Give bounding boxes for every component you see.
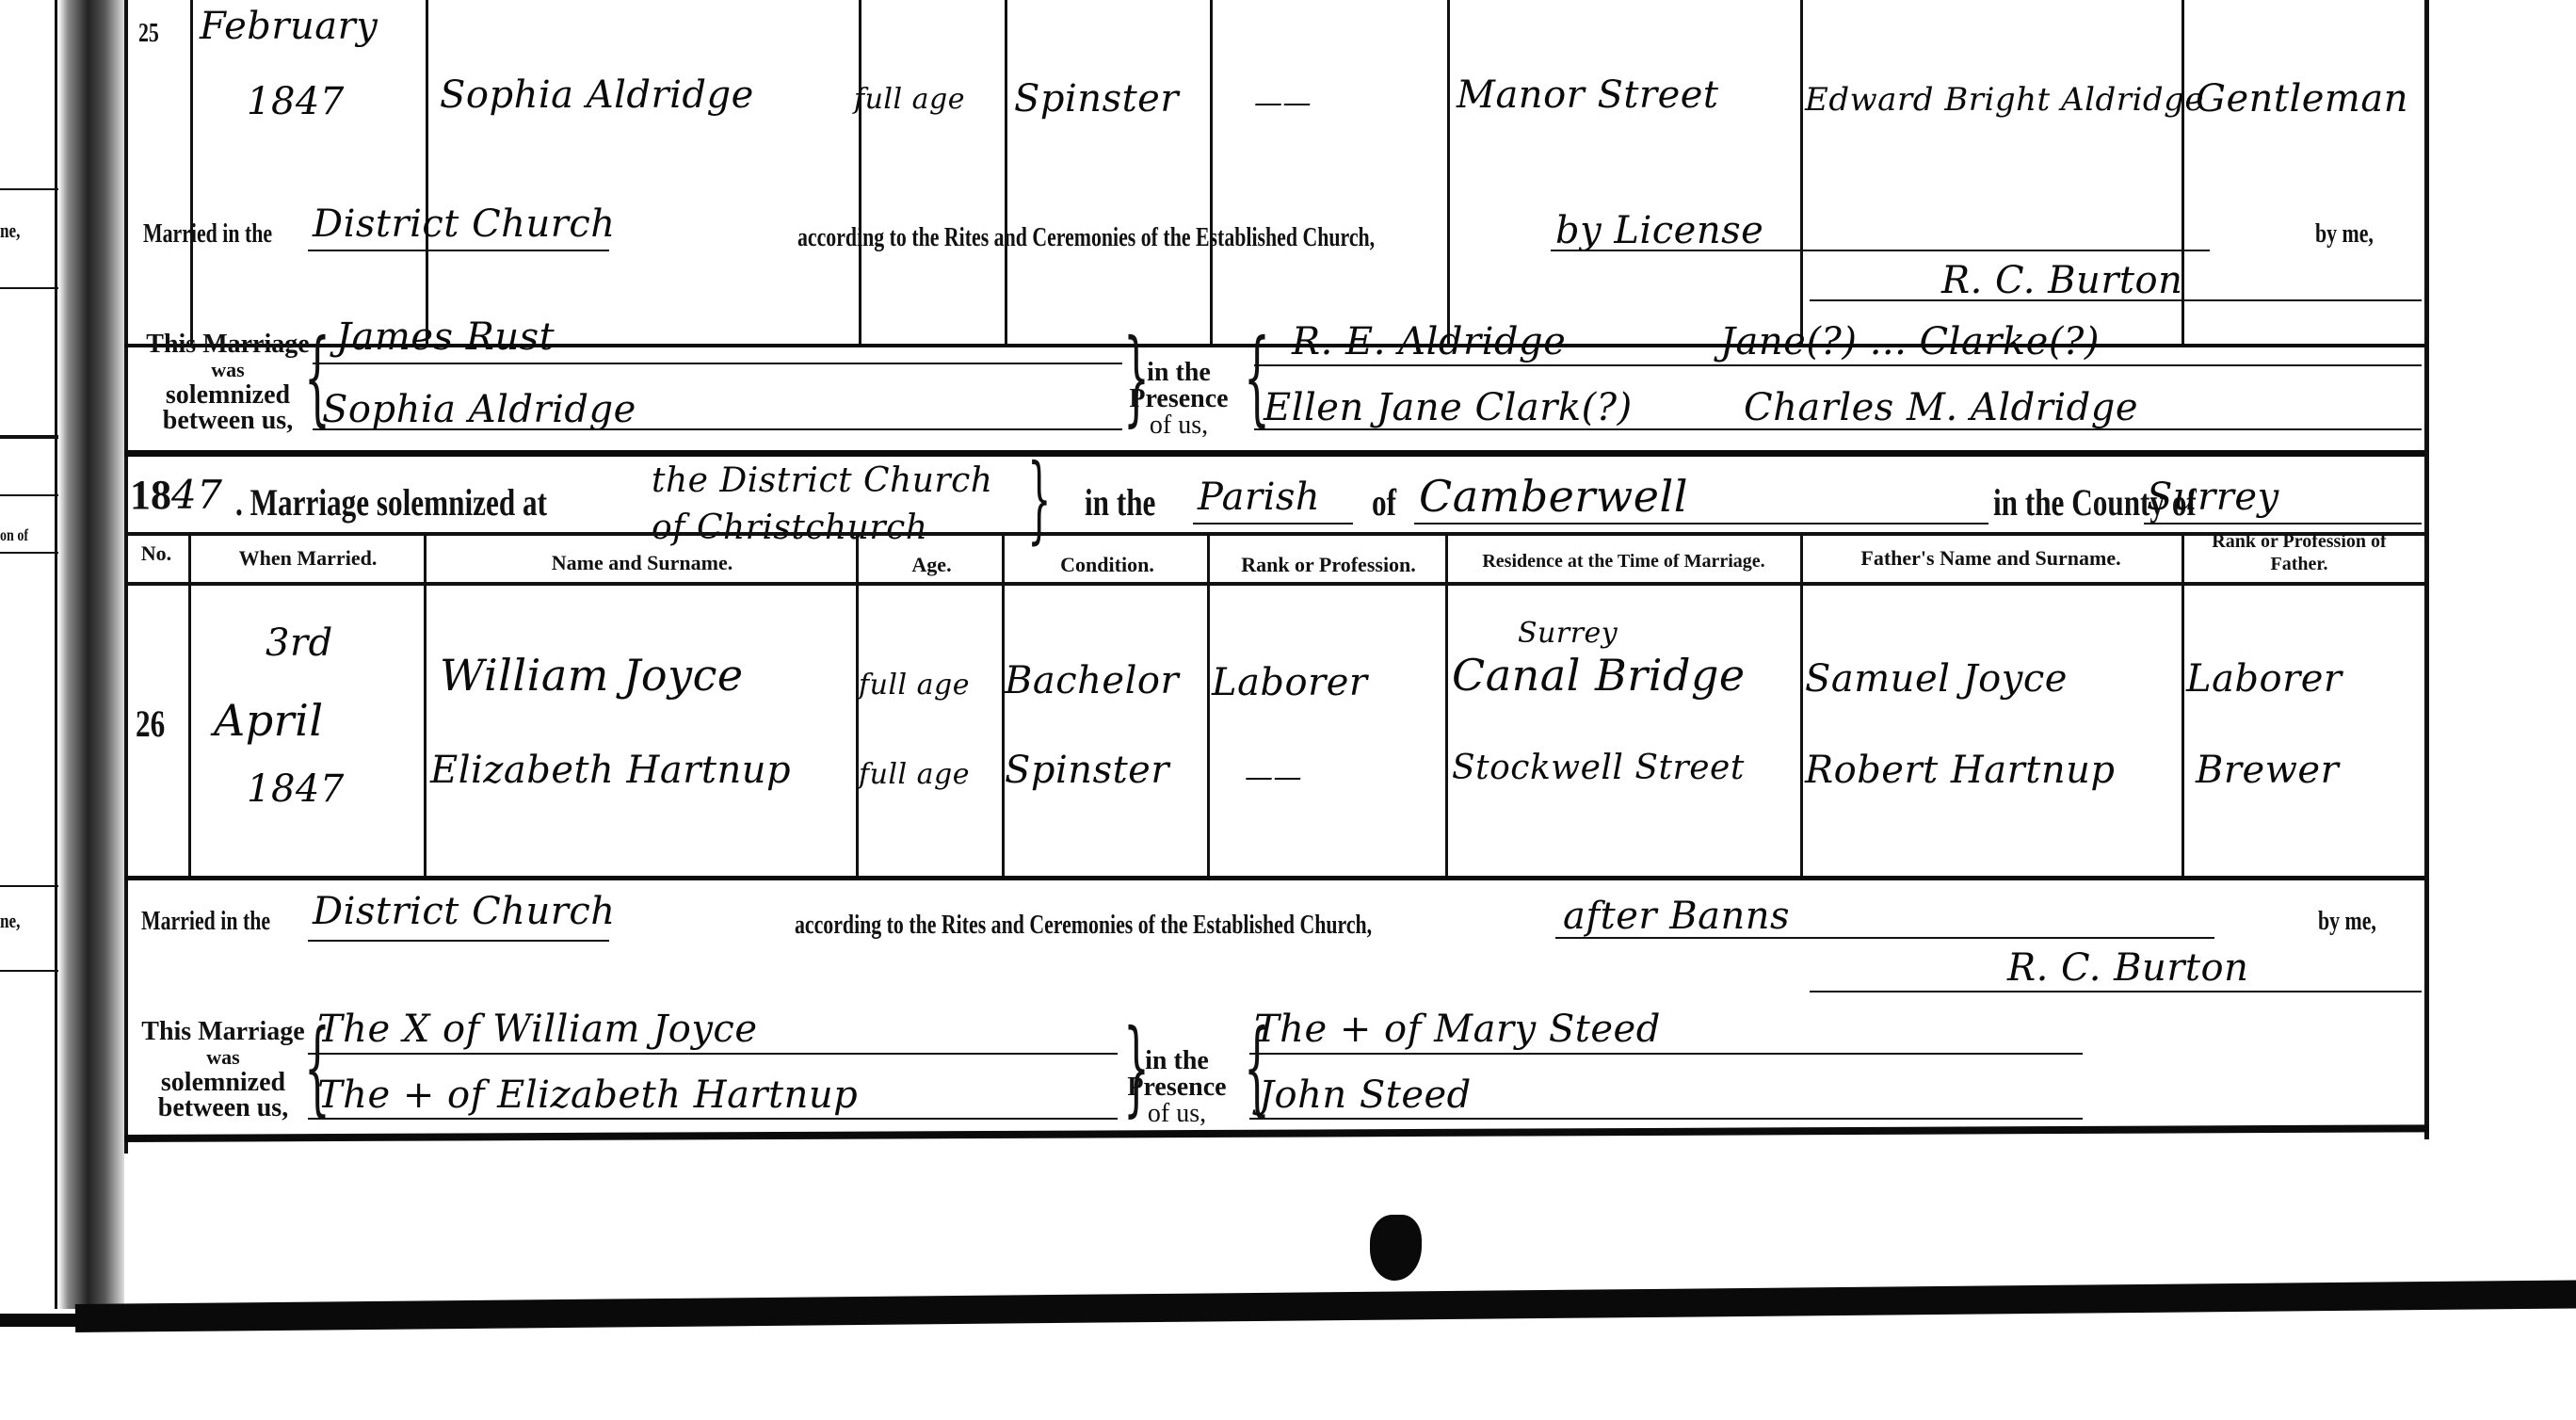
entry-number: 25 [138, 19, 159, 49]
marriage-manner: by License [1555, 209, 1763, 252]
page-bottom-border [124, 1124, 2429, 1142]
church-name-line2: of Christchurch [652, 508, 927, 547]
bride-name: Elizabeth Hartnup [430, 749, 791, 792]
bride-age: full age [859, 758, 970, 791]
according-to-label: according to the Rites and Ceremonies of… [797, 223, 1375, 253]
witness-signature: The + of Mary Steed [1254, 1008, 1661, 1051]
date-month: February [200, 5, 378, 48]
bride-father-rank: Gentleman [2196, 77, 2408, 121]
bride-name: Sophia Aldridge [440, 73, 754, 117]
bride-condition: Spinster [1005, 749, 1169, 792]
column-header-age: Age. [859, 553, 1005, 577]
married-in-place: District Church [313, 890, 615, 933]
bride-rank: —— [1245, 761, 1302, 794]
this-marriage-label: This Marriage was solemnized between us, [129, 1019, 317, 1121]
bride-residence: Stockwell Street [1452, 749, 1745, 787]
presence-label: in the Presence of us, [1122, 360, 1235, 439]
according-to-label: according to the Rites and Ceremonies of… [795, 911, 1372, 941]
groom-father: Samuel Joyce [1805, 657, 2068, 701]
married-in-label: Married in the [143, 219, 272, 250]
page-edge-shadow [0, 1314, 122, 1327]
district-type: Parish [1198, 476, 1320, 519]
groom-father-rank: Laborer [2186, 657, 2343, 701]
column-header-condition: Condition. [1005, 553, 1210, 577]
year-written: 47 [171, 472, 222, 518]
ink-blot [1370, 1215, 1422, 1281]
bride-age: full age [854, 83, 965, 116]
church-name-line1: the District Church [652, 461, 993, 500]
groom-residence: Canal Bridge [1452, 650, 1746, 701]
column-header-father-name: Father's Name and Surname. [1800, 546, 2182, 571]
witness-signature: John Steed [1259, 1073, 1472, 1117]
officiant-signature: R. C. Burton [1941, 259, 2182, 302]
left-margin-fragment: ne, [0, 218, 20, 243]
column-header-no: No. [124, 541, 188, 566]
of-label: of [1372, 480, 1396, 524]
groom-condition: Bachelor [1005, 659, 1179, 702]
date-year: 1847 [247, 767, 345, 811]
this-marriage-label: This Marriage was solemnized between us, [134, 331, 322, 433]
groom-residence-note: Surrey [1518, 617, 1618, 650]
party-signature: James Rust [336, 315, 555, 359]
left-margin-fragment: on of [0, 525, 28, 545]
column-header-father-rank: Rank or Profession of Father. [2186, 530, 2412, 575]
date-month: April [214, 695, 324, 746]
column-header-residence: Residence at the Time of Marriage. [1447, 551, 1800, 573]
marriage-manner: after Banns [1563, 895, 1790, 938]
county-name: Surrey [2147, 476, 2279, 519]
married-in-place: District Church [313, 202, 615, 246]
bride-residence: Manor Street [1457, 73, 1719, 117]
bride-father-rank: Brewer [2196, 749, 2339, 792]
marriage-solemnized-at-label: . Marriage solemnized at [235, 480, 547, 524]
date-year: 1847 [247, 80, 345, 123]
presence-label: in the Presence of us, [1120, 1048, 1233, 1127]
by-me-label: by me, [2315, 219, 2374, 250]
party-signature: The + of Elizabeth Hartnup [317, 1073, 858, 1117]
parish-name: Camberwell [1419, 471, 1688, 522]
column-header-when-married: When Married. [190, 546, 426, 571]
register-page: 25 February 1847 Sophia Aldridge full ag… [124, 0, 2431, 1158]
date-day: 3rd [266, 621, 333, 665]
witness-signature: Ellen Jane Clark(?) [1264, 386, 1633, 429]
witness-signature: Charles M. Aldridge [1744, 386, 2138, 429]
binding-gutter [58, 0, 124, 1309]
groom-rank: Laborer [1212, 661, 1368, 704]
witness-signature: Jane(?) ... Clarke(?) [1720, 320, 2100, 363]
bride-father: Edward Bright Aldridge [1805, 81, 2204, 119]
entry-number: 26 [136, 702, 165, 746]
column-header-rank: Rank or Profession. [1210, 553, 1447, 577]
bride-father: Robert Hartnup [1805, 749, 2115, 792]
officiant-signature: R. C. Burton [2007, 946, 2248, 990]
groom-age: full age [859, 669, 970, 702]
bride-rank: —— [1254, 87, 1312, 120]
in-the-label: in the [1085, 480, 1155, 524]
page-edge-shadow [75, 1280, 2576, 1332]
married-in-label: Married in the [141, 907, 270, 937]
witness-signature: R. E. Aldridge [1292, 320, 1566, 363]
party-signature: Sophia Aldridge [322, 388, 636, 431]
left-margin-fragment: ne, [0, 909, 20, 933]
groom-name: William Joyce [440, 650, 744, 701]
party-signature: The X of William Joyce [317, 1008, 757, 1051]
column-header-name: Name and Surname. [426, 551, 859, 575]
left-page-edge: ne, on of ne, [0, 0, 58, 1318]
year-printed: 18 [130, 472, 171, 518]
by-me-label: by me, [2318, 907, 2376, 937]
bride-condition: Spinster [1014, 77, 1179, 121]
